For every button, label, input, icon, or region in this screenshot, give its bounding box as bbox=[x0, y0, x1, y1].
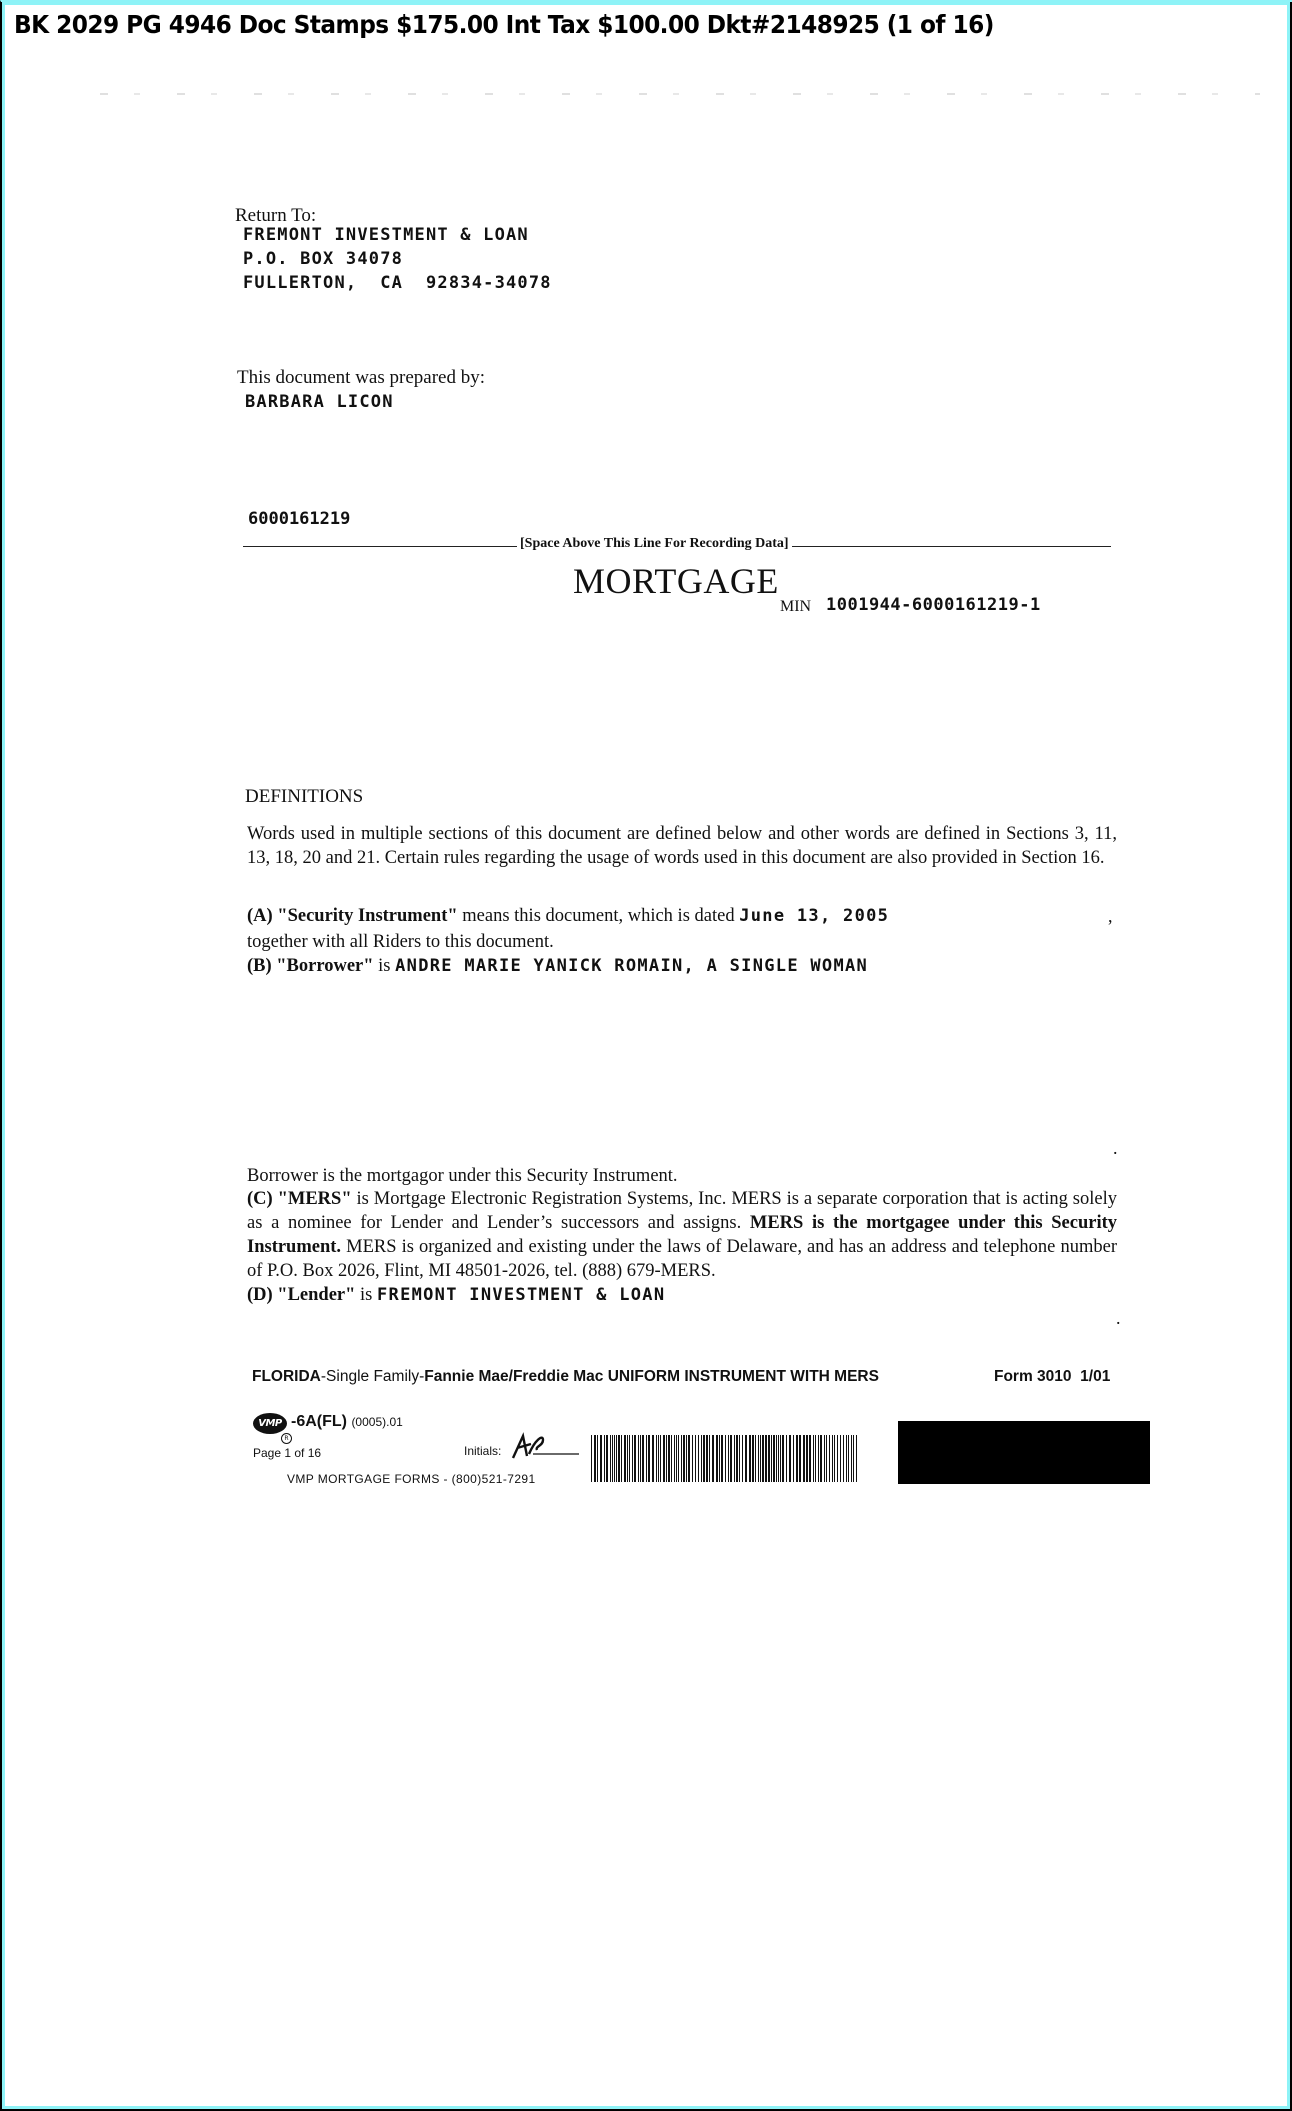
definition-a: (A) "Security Instrument" means this doc… bbox=[247, 904, 1117, 928]
form-desc-bold: Fannie Mae/Freddie Mac UNIFORM INSTRUMEN… bbox=[424, 1368, 879, 1385]
definition-d-trailing-period: . bbox=[1116, 1308, 1121, 1329]
definition-c-term: (C) "MERS" bbox=[247, 1189, 352, 1209]
vmp-form-code: -6A(FL) (0005).01 bbox=[291, 1413, 403, 1431]
borrower-name: ANDRE MARIE YANICK ROMAIN, A SINGLE WOMA… bbox=[395, 956, 868, 976]
definition-b-trailing-period: . bbox=[1113, 1138, 1118, 1159]
registered-mark-icon: R bbox=[281, 1433, 292, 1444]
vmp-forms-contact: VMP MORTGAGE FORMS - (800)521-7291 bbox=[287, 1472, 536, 1486]
definition-b: (B) "Borrower" is ANDRE MARIE YANICK ROM… bbox=[247, 954, 1117, 978]
definition-c: (C) "MERS" is Mortgage Electronic Regist… bbox=[247, 1187, 1117, 1283]
borrower-mortgagor-statement: Borrower is the mortgagor under this Sec… bbox=[247, 1164, 1117, 1188]
prepared-by-name: BARBARA LICON bbox=[245, 392, 394, 412]
recording-stamp-header: BK 2029 PG 4946 Doc Stamps $175.00 Int T… bbox=[14, 10, 994, 39]
lender-name: FREMONT INVESTMENT & LOAN bbox=[377, 1285, 665, 1305]
definition-d-text: is bbox=[355, 1285, 377, 1305]
security-instrument-date: June 13, 2005 bbox=[739, 906, 889, 926]
definition-a-trailing-comma: , bbox=[1108, 906, 1113, 927]
scan-noise-line bbox=[100, 93, 1260, 95]
return-to-line-1: FREMONT INVESTMENT & LOAN bbox=[243, 225, 529, 245]
initials-label: Initials: bbox=[464, 1444, 501, 1458]
form-description: FLORIDA-Single Family-Fannie Mae/Freddie… bbox=[252, 1368, 879, 1386]
definition-d: (D) "Lender" is FREMONT INVESTMENT & LOA… bbox=[247, 1283, 1117, 1307]
definition-a-term: (A) "Security Instrument" bbox=[247, 906, 458, 926]
definition-b-text: is bbox=[374, 956, 396, 976]
definitions-heading: DEFINITIONS bbox=[245, 786, 363, 808]
document-title: MORTGAGE bbox=[573, 560, 779, 602]
vmp-code-suffix: (0005).01 bbox=[351, 1415, 402, 1429]
vmp-logo-icon: VMP bbox=[253, 1413, 287, 1434]
return-to-line-2: P.O. BOX 34078 bbox=[243, 249, 403, 269]
definition-c-text-2: MERS is organized and existing under the… bbox=[247, 1237, 1117, 1281]
loan-number: 6000161219 bbox=[248, 509, 350, 529]
definition-a-continuation: together with all Riders to this documen… bbox=[247, 930, 1117, 954]
definition-b-term: (B) "Borrower" bbox=[247, 956, 374, 976]
document-page bbox=[0, 0, 1292, 2111]
barcode-icon bbox=[591, 1435, 859, 1482]
return-to-line-3: FULLERTON, CA 92834-34078 bbox=[243, 273, 552, 293]
prepared-by-label: This document was prepared by: bbox=[237, 367, 485, 389]
definition-a-text: means this document, which is dated bbox=[458, 906, 740, 926]
definition-d-term: (D) "Lender" bbox=[247, 1285, 355, 1305]
definitions-intro: Words used in multiple sections of this … bbox=[247, 822, 1117, 870]
min-number: 1001944-6000161219-1 bbox=[826, 595, 1041, 615]
page-number: Page 1 of 16 bbox=[253, 1446, 321, 1460]
form-number: Form 3010 1/01 bbox=[994, 1368, 1110, 1386]
recording-line-label: [Space Above This Line For Recording Dat… bbox=[517, 536, 792, 552]
vmp-code-main: -6A(FL) bbox=[291, 1413, 347, 1430]
form-state: FLORIDA bbox=[252, 1368, 321, 1385]
form-desc-mid: -Single Family- bbox=[321, 1368, 424, 1385]
min-label: MIN bbox=[780, 598, 811, 616]
redaction-box bbox=[898, 1421, 1150, 1484]
initials-signature-icon bbox=[509, 1430, 579, 1462]
return-to-label: Return To: bbox=[235, 205, 316, 227]
